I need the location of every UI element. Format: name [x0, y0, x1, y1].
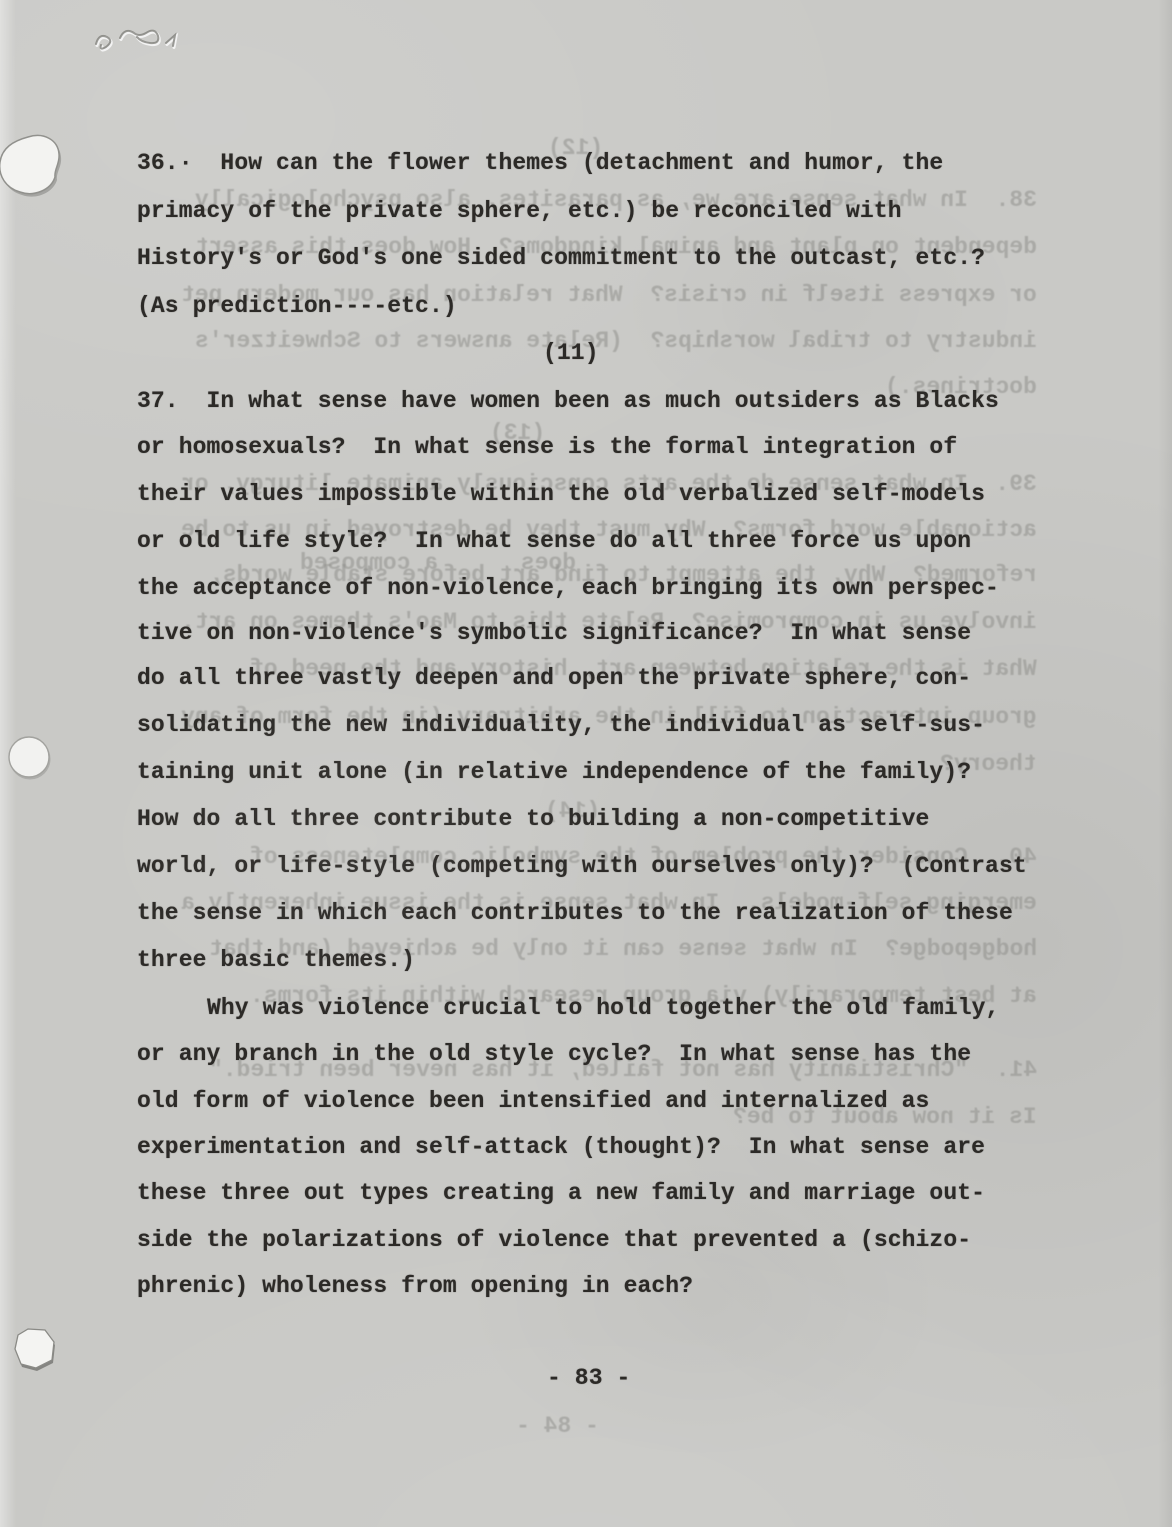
section-marker: (11) [543, 339, 599, 367]
typed-line: Why was violence crucial to hold togethe… [207, 994, 999, 1022]
typed-text-layer: 36.· How can the flower themes (detachme… [0, 0, 1172, 1527]
typed-line: the acceptance of non-violence, each bri… [137, 574, 999, 602]
typed-line: or homosexuals? In what sense is the for… [137, 433, 957, 461]
typed-line: world, or life-style (competing with our… [137, 852, 1027, 880]
typed-line: side the polarizations of violence that … [137, 1226, 971, 1254]
typed-line: 36.· How can the flower themes (detachme… [137, 149, 943, 177]
page-number: - 83 - [547, 1364, 630, 1392]
typed-line: primacy of the private sphere, etc.) be … [137, 197, 902, 225]
typed-line: old form of violence been intensified an… [137, 1087, 929, 1115]
typed-line: three basic themes.) [137, 946, 415, 974]
typed-line: tive on non-violence's symbolic signific… [137, 619, 971, 647]
typed-line: solidating the new individuality, the in… [137, 711, 985, 739]
typed-line: History's or God's one sided commitment … [137, 244, 985, 272]
typed-line: or any branch in the old style cycle? In… [137, 1040, 971, 1068]
typed-line: do all three vastly deepen and open the … [137, 664, 971, 692]
typed-line: 37. In what sense have women been as muc… [137, 387, 999, 415]
typed-line: (As prediction----etc.) [137, 292, 457, 320]
typed-line: the sense in which each contributes to t… [137, 899, 1013, 927]
typed-line: their values impossible within the old v… [137, 480, 985, 508]
typed-line: taining unit alone (in relative independ… [137, 758, 971, 786]
typed-line: phrenic) wholeness from opening in each? [137, 1272, 693, 1300]
typed-line: these three out types creating a new fam… [137, 1179, 985, 1207]
document-page: (12)38. In what sense are we, as parasit… [0, 0, 1172, 1527]
typed-line: experimentation and self-attack (thought… [137, 1133, 985, 1161]
typed-line: or old life style? In what sense do all … [137, 527, 971, 555]
typed-line: How do all three contribute to building … [137, 805, 929, 833]
